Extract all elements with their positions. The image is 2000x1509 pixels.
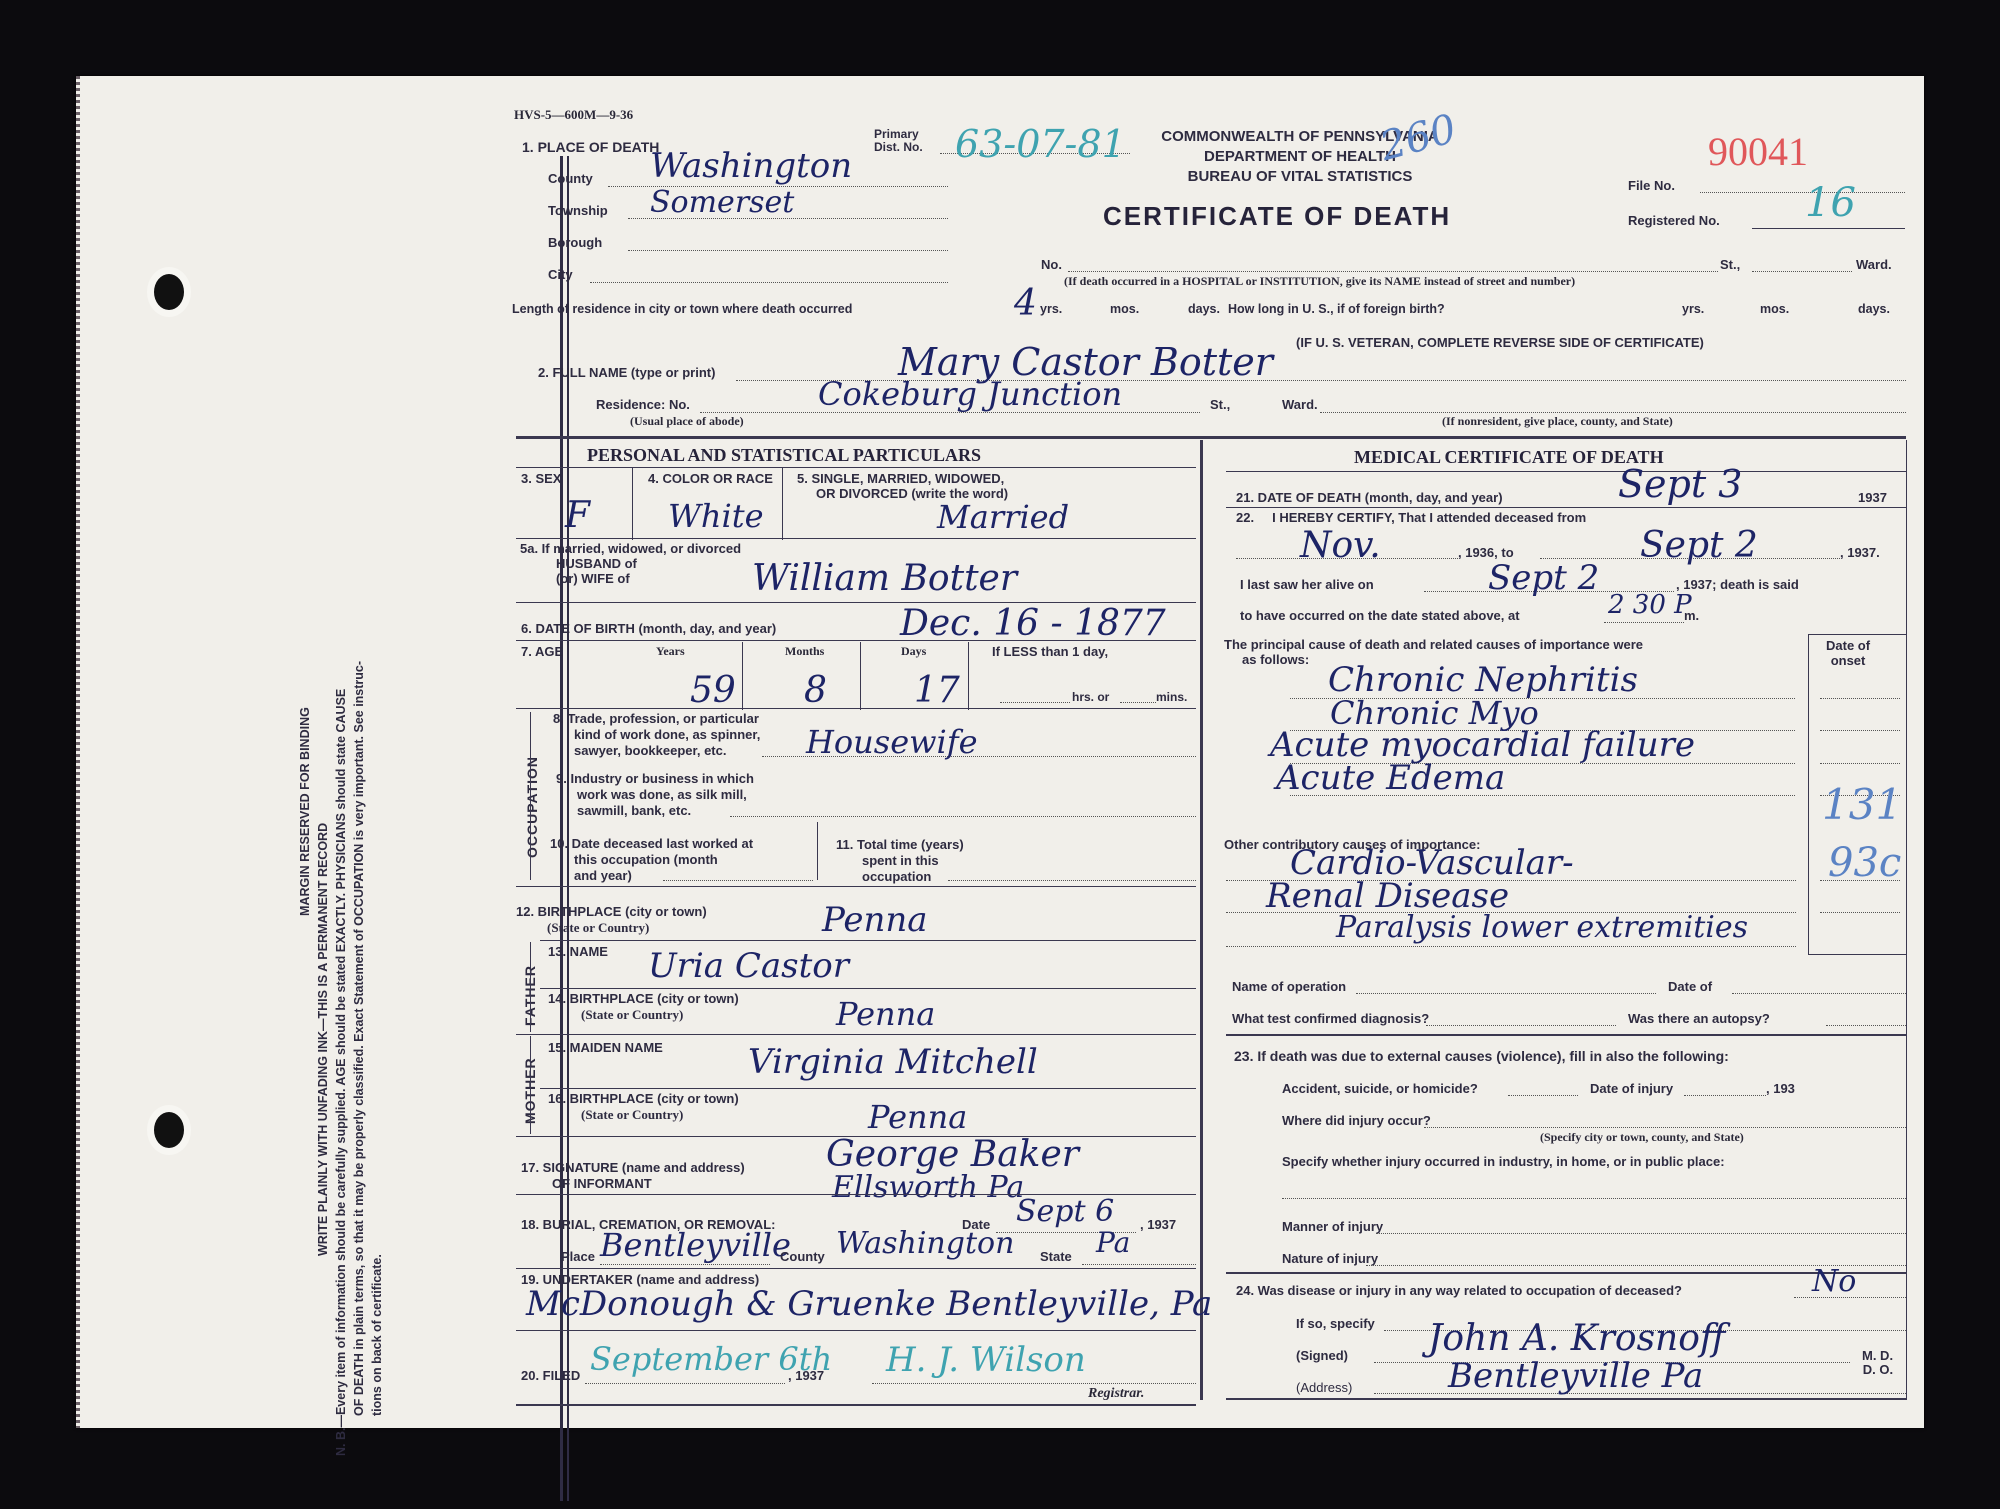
margin-line-ink: WRITE PLAINLY WITH UNFADING INK—THIS IS … [314,661,332,1456]
age-months-label: Months [785,644,824,659]
trade-label: 8. Trade, profession, or particular kind… [553,711,760,759]
mother-birthplace-label-2: (State or Country) [548,1107,739,1123]
last-worked-label-1: 10. Date deceased last worked at [550,836,753,852]
injury-year: , 193 [1766,1081,1795,1096]
industry-label: 9. Industry or business in which work wa… [556,771,754,819]
age-years-label: Years [656,644,685,659]
onset-label: Date of onset [1826,638,1870,668]
hrs-label: hrs. or [1072,690,1109,704]
autopsy-label: Was there an autopsy? [1628,1011,1770,1026]
filed-label: 20. FILED [521,1368,580,1383]
last-worked-label-2: this occupation (month [550,852,753,868]
operation-date-label: Date of [1668,979,1712,994]
informant-label-1: 17. SIGNATURE (name and address) [521,1160,745,1176]
mins-label: mins. [1156,690,1187,704]
time-suffix: m. [1684,608,1699,623]
file-number-stamp: 90041 [1708,128,1808,175]
margin-line-binding: MARGIN RESERVED FOR BINDING [296,661,314,1456]
spouse-label-1: 5a. If married, widowed, or divorced [520,541,741,556]
full-name-label: 2. FULL NAME (type or print) [538,365,715,380]
filed-year: , 1937 [788,1368,824,1383]
age-days-label: Days [901,644,926,659]
father-name-value: Uria Castor [648,946,849,986]
time-of-death-value: 2 30 P [1608,590,1692,620]
registrar-label: Registrar. [1088,1386,1144,1402]
burial-place-value: Bentleyville [600,1226,791,1264]
mother-birthplace-value: Penna [868,1098,967,1136]
father-birthplace-label-2: (State or Country) [548,1007,739,1023]
informant-name-value: George Baker [826,1134,1079,1175]
specify-city-note: (Specify city or town, county, and State… [1540,1130,1744,1145]
manner-injury-label: Manner of injury [1282,1219,1383,1234]
binder-hole-bottom [154,1112,184,1148]
where-injury-label: Where did injury occur? [1282,1113,1431,1128]
street-no-label: No. [1041,257,1062,272]
spouse-label-2: HUSBAND of [520,556,741,571]
sex-value: F [565,495,590,536]
time-of-death-label: to have occurred on the date stated abov… [1240,608,1520,623]
city-label: City [548,267,573,282]
registered-no-label: Registered No. [1628,213,1720,228]
industry-label-1: 9. Industry or business in which [556,771,754,787]
street-label: St., [1720,257,1740,272]
burial-county-value: Washington [836,1226,1014,1261]
total-time-label: 11. Total time (years) spent in this occ… [836,837,964,885]
form-code: HVS-5—600M—9-36 [514,107,633,123]
registrar-signature: H. J. Wilson [886,1340,1086,1380]
days-label: days. [1188,302,1220,316]
total-time-label-1: 11. Total time (years) [836,837,964,853]
foreign-yrs-label: yrs. [1682,302,1704,316]
contributory-3: Paralysis lower extremities [1336,910,1748,945]
last-saw-label: I last saw her alive on [1240,577,1374,592]
attended-from-value: Nov. [1300,525,1381,566]
less-than-day-label: If LESS than 1 day, [992,644,1108,659]
birthplace-label-2: (State or Country) [516,920,707,936]
last-saw-value: Sept 2 [1488,558,1599,598]
mother-birthplace-label: 16. BIRTHPLACE (city or town) (State or … [548,1091,739,1123]
occupation-side-label: OCCUPATION [524,756,540,858]
dob-value: Dec. 16 - 1877 [900,603,1166,644]
burial-county-label: County [780,1249,825,1264]
residence-years-value: 4 [1014,283,1037,324]
date-of-death-value: Sept 3 [1618,462,1742,506]
last-worked-label-3: and year) [550,868,753,884]
burial-date-value: Sept 6 [1016,1194,1114,1229]
do-label: D. O. [1862,1363,1893,1377]
residence-label: Residence: No. [596,397,690,412]
burial-year: , 1937 [1140,1217,1176,1232]
informant-label-2: OF INFORMANT [521,1176,745,1192]
trade-label-2: kind of work done, as spinner, [553,727,760,743]
onset-label-1: Date of [1826,638,1870,653]
margin-line-nb: N. B.—Every item of information should b… [332,661,350,1456]
race-value: White [668,497,764,535]
attended-to-value: Sept 2 [1640,525,1758,566]
injury-location-type-label: Specify whether injury occurred in indus… [1282,1154,1725,1169]
place-of-death-label: 1. PLACE OF DEATH [522,139,659,155]
residence-st-label: St., [1210,397,1230,412]
certificate-title: CERTIFICATE OF DEATH [1103,201,1451,232]
marital-label-1: 5. SINGLE, MARRIED, WIDOWED, [797,471,1008,486]
yrs-label: yrs. [1040,302,1062,316]
age-months-value: 8 [804,670,827,711]
dist-no-label: Dist. No. [874,141,923,154]
father-birthplace-label-1: 14. BIRTHPLACE (city or town) [548,991,739,1007]
birthplace-value: Penna [822,900,928,940]
father-name-label: 13. NAME [548,944,608,959]
township-value: Somerset [650,185,794,220]
total-time-label-3: occupation [836,869,964,885]
mos-label: mos. [1110,302,1139,316]
physician-address: Bentleyville Pa [1448,1356,1703,1396]
test-label: What test confirmed diagnosis? [1232,1011,1429,1026]
if-so-label: If so, specify [1296,1316,1375,1331]
primary-dist-label: Primary Dist. No. [874,128,923,154]
registered-no-value: 16 [1805,180,1856,226]
onset-label-2: onset [1826,653,1870,668]
cause-code-1: 131 [1822,780,1902,829]
binder-hole-top [154,274,184,310]
burial-state-label: State [1040,1249,1072,1264]
header-bureau: BUREAU OF VITAL STATISTICS [1140,167,1460,187]
last-saw-year: , 1937; death is said [1676,577,1799,592]
md-do-label: M. D. D. O. [1862,1349,1893,1377]
county-label: County [548,171,593,186]
nonresident-note: (If nonresident, give place, county, and… [1442,414,1673,429]
informant-label: 17. SIGNATURE (name and address) OF INFO… [521,1160,745,1192]
occupation-related-label: 24. Was disease or injury in any way rel… [1236,1283,1682,1298]
nature-injury-label: Nature of injury [1282,1251,1378,1266]
age-label: 7. AGE [521,644,563,659]
race-label: 4. COLOR OR RACE [648,471,773,486]
mother-name-label: 15. MAIDEN NAME [548,1040,663,1055]
industry-label-3: sawmill, bank, etc. [556,803,754,819]
date-of-death-year: 1937 [1858,490,1887,505]
veteran-note: (IF U. S. VETERAN, COMPLETE REVERSE SIDE… [1296,335,1704,350]
margin-line-instructions: tions on back of certificate. [368,661,386,1456]
md-label: M. D. [1862,1349,1893,1363]
foreign-days-label: days. [1858,302,1890,316]
primary-dist-value: 63-07-81 [955,122,1126,166]
foreign-mos-label: mos. [1760,302,1789,316]
birthplace-label-1: 12. BIRTHPLACE (city or town) [516,904,707,920]
occupation-related-value: No [1812,1264,1856,1299]
operation-label: Name of operation [1232,979,1346,994]
age-years-value: 59 [690,670,736,711]
informant-address-value: Ellsworth Pa [832,1170,1024,1205]
file-no-label: File No. [1628,178,1675,193]
trade-label-3: sawyer, bookkeeper, etc. [553,743,760,759]
father-birthplace-label: 14. BIRTHPLACE (city or town) (State or … [548,991,739,1023]
total-time-label-2: spent in this [836,853,964,869]
borough-label: Borough [548,235,602,250]
spouse-value: William Botter [752,558,1017,599]
last-worked-label: 10. Date deceased last worked at this oc… [550,836,753,884]
residence-value: Cokeburg Junction [818,375,1122,413]
spouse-label-3: (or) WIFE of [520,571,741,586]
county-value: Washington [650,146,852,186]
address-label: (Address) [1296,1380,1352,1395]
injury-date-label: Date of injury [1590,1081,1673,1096]
certify-label: 22. I HEREBY CERTIFY, That I attended de… [1236,510,1586,525]
marital-value: Married [937,498,1069,536]
mother-name-value: Virginia Mitchell [748,1042,1038,1082]
burial-place-label: Place [561,1249,595,1264]
industry-label-2: work was done, as silk mill, [556,787,754,803]
accident-label: Accident, suicide, or homicide? [1282,1081,1478,1096]
attended-to-year: , 1937. [1840,545,1880,560]
trade-label-1: 8. Trade, profession, or particular [553,711,760,727]
foreign-birth-label: How long in U. S., if of foreign birth? [1228,302,1445,316]
personal-section-title: PERSONAL AND STATISTICAL PARTICULARS [587,445,981,466]
dob-label: 6. DATE OF BIRTH (month, day, and year) [521,621,776,636]
signed-label: (Signed) [1296,1348,1348,1363]
father-birthplace-value: Penna [836,995,935,1033]
hospital-note: (If death occurred in a HOSPITAL or INST… [1064,274,1575,289]
marital-label: 5. SINGLE, MARRIED, WIDOWED, OR DIVORCED… [797,471,1008,501]
undertaker-value: McDonough & Gruenke Bentleyville, Pa [526,1284,1212,1324]
date-of-death-label: 21. DATE OF DEATH (month, day, and year) [1236,490,1503,505]
trade-value: Housewife [806,723,978,761]
age-days-value: 17 [914,670,960,711]
sex-label: 3. SEX [521,471,561,486]
cause-4: Acute Edema [1276,758,1505,798]
mother-birthplace-label-1: 16. BIRTHPLACE (city or town) [548,1091,739,1107]
burial-state-value: Pa [1096,1226,1130,1259]
residence-ward-label: Ward. [1282,397,1318,412]
principal-cause-label-1: The principal cause of death and related… [1224,637,1643,652]
margin-instructions: MARGIN RESERVED FOR BINDING WRITE PLAINL… [296,661,386,1456]
usual-abode-note: (Usual place of abode) [630,414,744,429]
physician-signature: John A. Krosnoff [1428,1318,1725,1359]
margin-line-cause: OF DEATH in plain terms, so that it may … [350,661,368,1456]
birthplace-label: 12. BIRTHPLACE (city or town) (State or … [516,904,707,936]
external-causes-label: 23. If death was due to external causes … [1234,1048,1729,1064]
residence-length-label: Length of residence in city or town wher… [512,302,852,316]
spouse-label: 5a. If married, widowed, or divorced HUS… [520,541,741,586]
ward-label: Ward. [1856,257,1892,272]
township-label: Township [548,203,608,218]
